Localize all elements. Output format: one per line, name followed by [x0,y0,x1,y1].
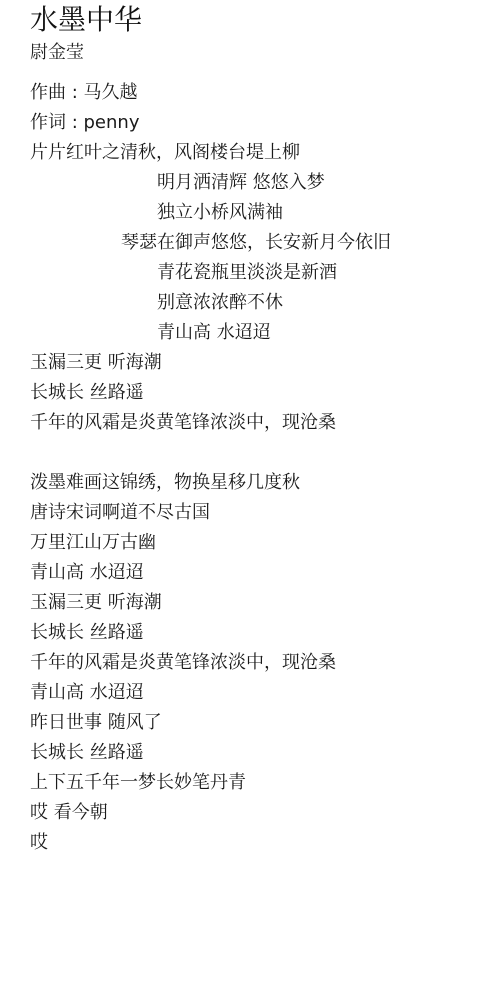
lyric-line: 琴瑟在御声悠悠，长安新月今依旧 [30,228,490,258]
lyric-line: 哎 [30,828,490,858]
lyric-line: 独立小桥风满袖 [30,198,490,228]
lyric-line: 别意浓浓醉不休 [30,288,490,318]
artist-name: 尉金莹 [30,40,84,66]
lyric-line: 片片红叶之清秋，风阁楼台堤上柳 [30,138,490,168]
lyric-line: 哎 看今朝 [30,798,490,828]
lyric-line: 长城长 丝路遥 [30,378,490,408]
lyric-line-lyricist: 作词 : penny [30,108,490,138]
song-title: 水墨中华 [30,2,142,38]
lyric-line: 上下五千年一梦长妙笔丹青 [30,768,490,798]
lyrics-block: 作曲 : 马久越 作词 : penny 片片红叶之清秋，风阁楼台堤上柳 明月洒清… [30,78,490,858]
lyric-line: 青山高 水迢迢 [30,678,490,708]
lyric-line: 万里江山万古幽 [30,528,490,558]
lyric-line: 玉漏三更 听海潮 [30,588,490,618]
lyric-line: 千年的风霜是炎黄笔锋浓淡中，现沧桑 [30,648,490,678]
lyric-line: 长城长 丝路遥 [30,738,490,768]
lyric-line: 明月洒清辉 悠悠入梦 [30,168,490,198]
lyric-line-composer: 作曲 : 马久越 [30,78,490,108]
lyric-line: 青山高 水迢迢 [30,318,490,348]
lyric-line: 青山高 水迢迢 [30,558,490,588]
lyric-line: 青花瓷瓶里淡淡是新酒 [30,258,490,288]
lyric-line: 昨日世事 随风了 [30,708,490,738]
lyric-line: 玉漏三更 听海潮 [30,348,490,378]
stanza-break [30,438,490,468]
lyric-line: 泼墨难画这锦绣，物换星移几度秋 [30,468,490,498]
lyric-line: 长城长 丝路遥 [30,618,490,648]
lyric-line: 唐诗宋词啊道不尽古国 [30,498,490,528]
lyric-line: 千年的风霜是炎黄笔锋浓淡中，现沧桑 [30,408,490,438]
